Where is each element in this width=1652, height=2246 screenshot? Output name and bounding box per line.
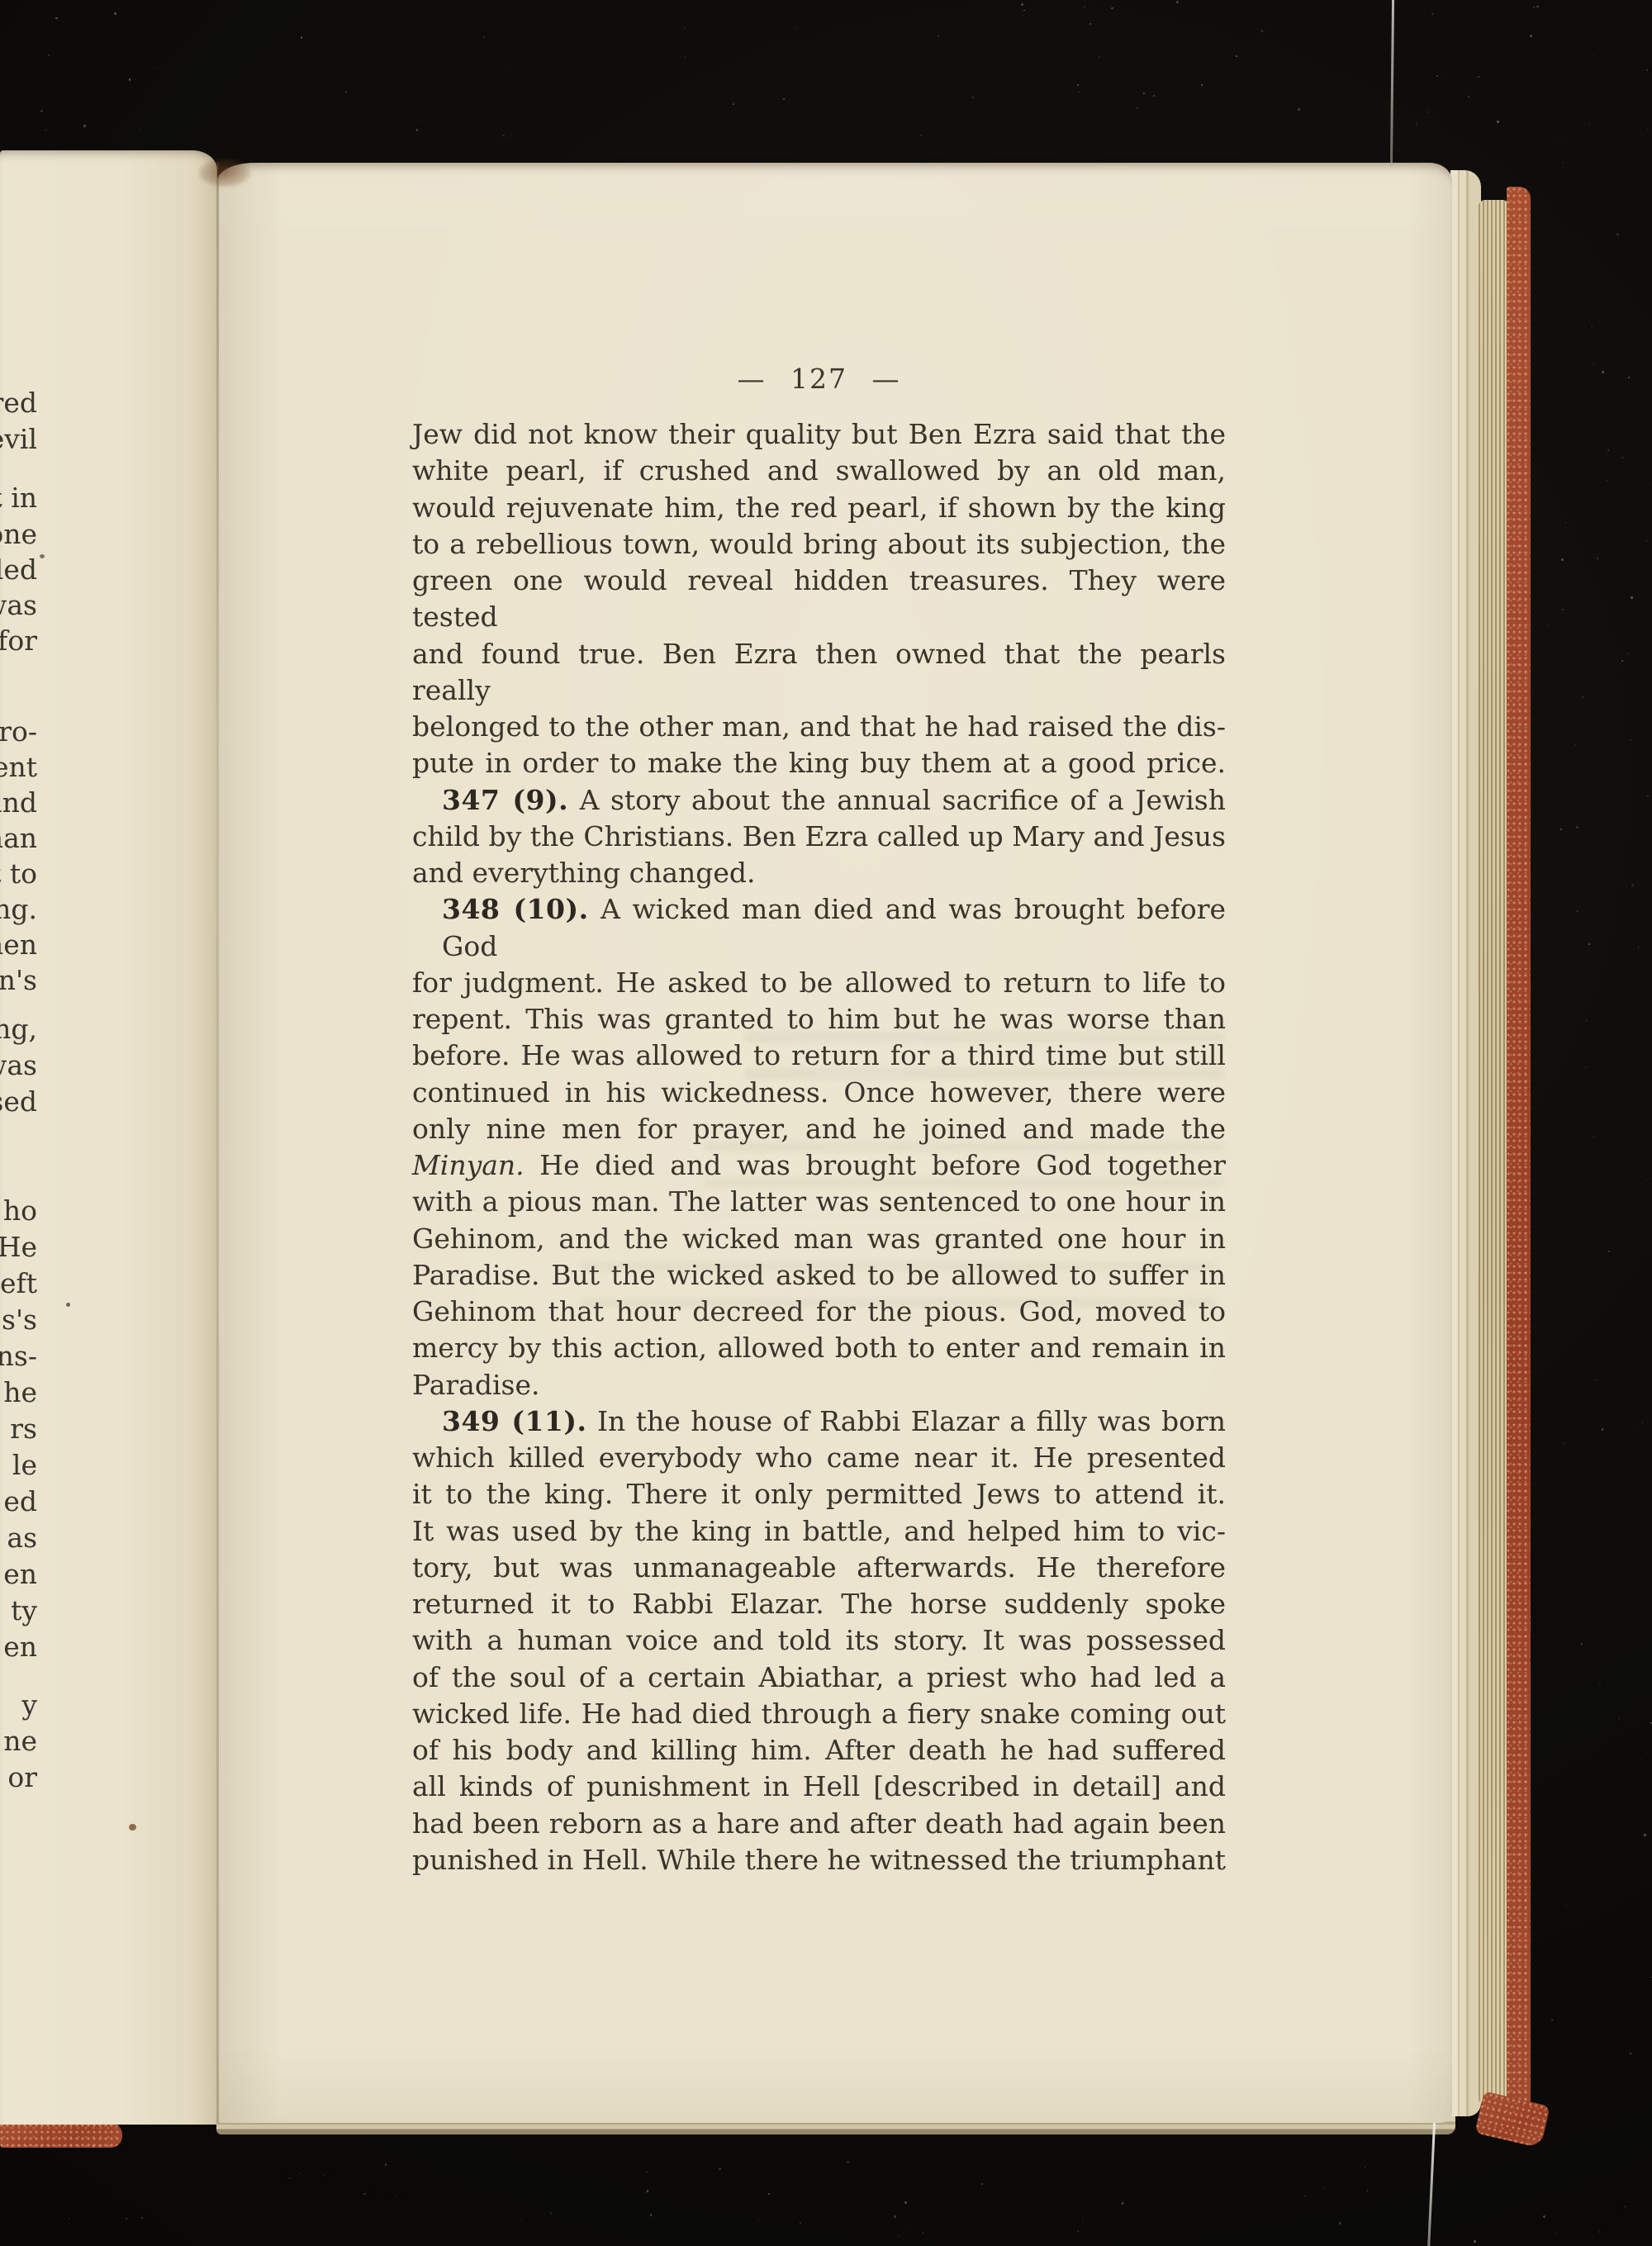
left-page-word-fragment: eft [0, 1269, 37, 1299]
left-page-word-fragment: ared [0, 388, 37, 418]
paper-speck [40, 554, 45, 558]
page-stack-edges [1450, 170, 1481, 2116]
left-page-word-fragment: and [0, 788, 37, 818]
text-line: for judgment. He asked to be allowed to … [412, 965, 1226, 1001]
left-page-word-fragment: ho [3, 1196, 37, 1226]
text-line: continued in his wickedness. Once howeve… [412, 1075, 1226, 1111]
left-page-word-fragment: hen [0, 930, 37, 960]
text-line: 348 (10). A wicked man died and was brou… [412, 891, 1226, 965]
left-page-word-fragment: he [3, 1378, 37, 1408]
left-page-word-fragment: ty [11, 1596, 37, 1626]
left-page-word-fragment: ro- [0, 717, 37, 747]
text-line: punished in Hell. While there he witness… [412, 1842, 1226, 1878]
left-page-word-fragment: ng, [0, 1014, 37, 1044]
left-page-fragments: aredevilt inoneledwasforro-entandnant to… [0, 150, 217, 2125]
left-page-word-fragment: or [7, 1763, 37, 1793]
text-line: It was used by the king in battle, and h… [412, 1513, 1226, 1550]
text-line: had been reborn as a hare and after deat… [412, 1806, 1226, 1842]
text-line: child by the Christians. Ben Ezra called… [412, 819, 1226, 855]
left-page-word-fragment: le [12, 1451, 37, 1480]
text-line: only nine men for prayer, and he joined … [412, 1111, 1226, 1147]
left-page-word-fragment: ed [3, 1487, 37, 1517]
text-line: Minyan. He died and was brought before G… [412, 1147, 1226, 1184]
text-line: with a pious man. The latter was sentenc… [412, 1184, 1226, 1220]
left-page-word-fragment: as [7, 1523, 37, 1553]
text-line: repent. This was granted to him but he w… [412, 1001, 1226, 1038]
page-number-header: — 127 — [412, 363, 1226, 401]
text-line: which killed everybody who came near it.… [412, 1440, 1226, 1476]
paper-speck [129, 1824, 136, 1831]
text-line: Jew did not know their quality but Ben E… [412, 416, 1226, 453]
text-line: with a human voice and told its story. I… [412, 1622, 1226, 1659]
left-page-word-fragment: rs [10, 1414, 37, 1444]
book-cover-right-edge [1507, 187, 1531, 2133]
text-line: and everything changed. [412, 855, 1226, 891]
left-page-word-fragment: en [3, 1632, 37, 1662]
paper-speck [66, 1303, 70, 1307]
left-page-word-fragment: t in [0, 483, 37, 513]
book-photograph: aredevilt inoneledwasforro-entandnant to… [0, 0, 1652, 2246]
left-page-word-fragment: ent [0, 753, 37, 782]
gutter-crease [216, 163, 219, 2123]
left-page-word-fragment: nan [0, 824, 37, 853]
text-line: mercy by this action, allowed both to en… [412, 1330, 1226, 1366]
text-line: all kinds of punishment in Hell [describ… [412, 1769, 1226, 1805]
left-page-word-fragment: for [0, 626, 37, 656]
text-line: and found true. Ben Ezra then owned that… [412, 636, 1226, 710]
left-page-word-fragment: was [0, 1051, 37, 1080]
text-line: pute in order to make the king buy them … [412, 745, 1226, 781]
text-line: green one would reveal hidden treasures.… [412, 563, 1226, 636]
text-line: tory, but was unmanageable afterwards. H… [412, 1550, 1226, 1586]
text-line: Paradise. [412, 1367, 1226, 1403]
text-line: to a rebellious town, would bring about … [412, 526, 1226, 563]
text-line: Paradise. But the wicked asked to be all… [412, 1257, 1226, 1294]
left-page-word-fragment: sed [0, 1087, 37, 1117]
text-line: of his body and killing him. After death… [412, 1732, 1226, 1769]
text-line: wicked life. He had died through a fiery… [412, 1696, 1226, 1732]
left-page-word-fragment: n's [0, 966, 37, 995]
text-line: 349 (11). In the house of Rabbi Elazar a… [412, 1403, 1226, 1440]
left-page-word-fragment: t to [0, 859, 37, 889]
left-page-word-fragment: ns- [0, 1341, 37, 1371]
text-line: would rejuvenate him, the red pearl, if … [412, 490, 1226, 526]
left-page-word-fragment: s's [2, 1305, 37, 1335]
text-block: Jew did not know their quality but Ben E… [412, 416, 1226, 1878]
text-line: 347 (9). A story about the annual sacrif… [412, 782, 1226, 819]
text-line: belonged to the other man, and that he h… [412, 709, 1226, 745]
text-line: it to the king. There it only permitted … [412, 1476, 1226, 1512]
gutter-smudge [198, 158, 251, 188]
left-page-sliver: aredevilt inoneledwasforro-entandnant to… [0, 150, 217, 2125]
text-line: before. He was allowed to return for a t… [412, 1038, 1226, 1074]
text-line: returned it to Rabbi Elazar. The horse s… [412, 1586, 1226, 1622]
left-page-word-fragment: en [3, 1560, 37, 1589]
left-page-word-fragment: one [0, 520, 37, 549]
text-line: Gehinom that hour decreed for the pious.… [412, 1294, 1226, 1330]
left-page-word-fragment: ne [3, 1726, 37, 1756]
left-page-word-fragment: y [21, 1690, 37, 1720]
left-page-word-fragment: led [0, 555, 37, 585]
book-page: — 127 — Jew did not know their quality b… [216, 163, 1452, 2123]
left-page-word-fragment: He [0, 1232, 37, 1262]
book-fore-edge [1479, 200, 1509, 2105]
text-line: white pearl, if crushed and swallowed by… [412, 453, 1226, 489]
left-page-word-fragment: ng. [0, 895, 37, 924]
left-page-word-fragment: was [0, 591, 37, 620]
text-line: Gehinom, and the wicked man was granted … [412, 1221, 1226, 1257]
book-cover-bottom-left [0, 2123, 122, 2148]
text-line: of the soul of a certain Abiathar, a pri… [412, 1660, 1226, 1696]
left-page-word-fragment: evil [0, 425, 37, 454]
